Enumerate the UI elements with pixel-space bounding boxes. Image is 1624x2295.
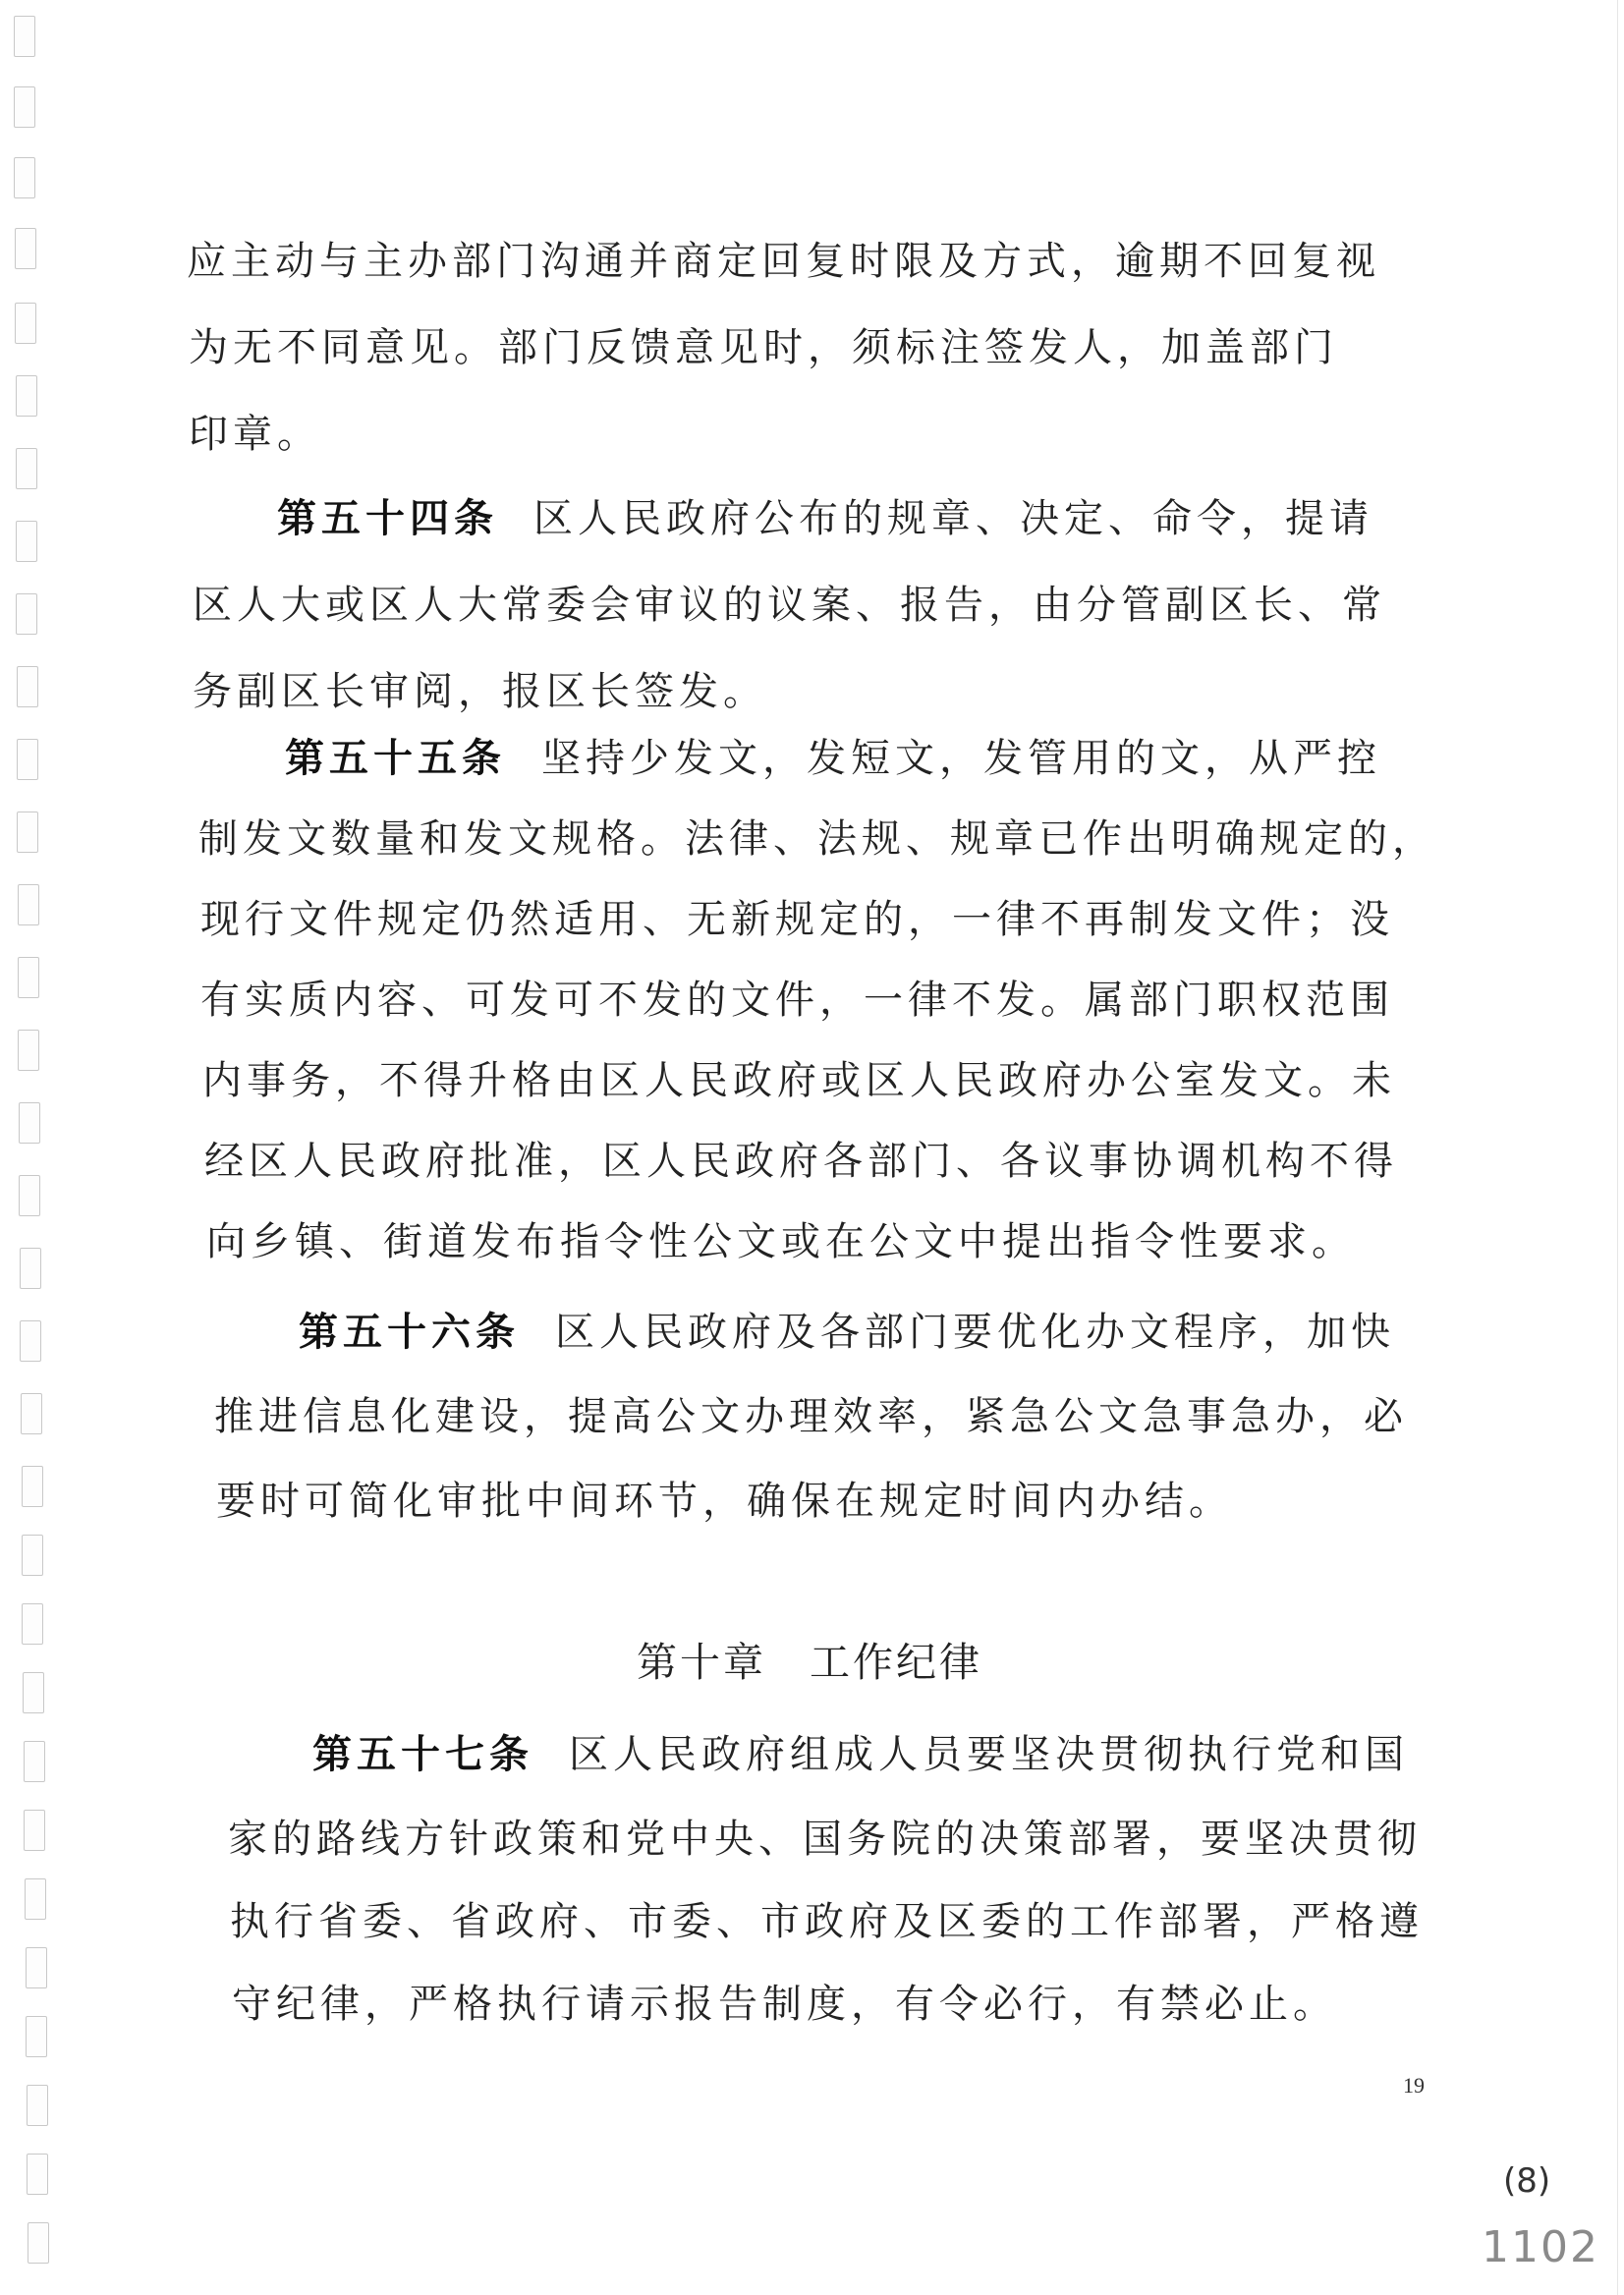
article-54-first-line: 第五十四条区人民政府公布的规章、决定、命令，提请: [277, 495, 1373, 542]
paragraph-line: 制发文数量和发文规格。法律、法规、规章已作出明确规定的，: [198, 815, 1436, 863]
paragraph-line: 推进信息化建设，提高公文办理效率，紧急公文急事急办，必: [214, 1393, 1408, 1440]
handwritten-note: 1102: [1482, 2222, 1599, 2272]
chapter-title: 第十章 工作纪律: [637, 1639, 982, 1686]
paragraph-line: 执行省委、省政府、市委、市政府及区委的工作部署，严格遵: [230, 1898, 1424, 1945]
paragraph-line: 向乡镇、街道发布指令性公文或在公文中提出指令性要求。: [206, 1218, 1356, 1265]
paragraph-line: 家的路线方针政策和党中央、国务院的决策部署，要坚决贯彻: [228, 1816, 1422, 1863]
paragraph-text: 区人民政府公布的规章、决定、命令，提请: [533, 496, 1373, 541]
paragraph-line: 内事务，不得升格由区人民政府或区人民政府办公室发文。未: [202, 1057, 1396, 1104]
paragraph-line: 区人大或区人大常委会审议的议案、报告，由分管副区长、常: [193, 582, 1386, 629]
article-56-first-line: 第五十六条区人民政府及各部门要优化办文程序，加快: [299, 1309, 1395, 1356]
paragraph-line: 现行文件规定仍然适用、无新规定的，一律不再制发文件；没: [200, 896, 1394, 943]
paragraph-line: 印章。: [189, 411, 321, 458]
paragraph-line: 守纪律，严格执行请示报告制度，有令必行，有禁必止。: [232, 1981, 1337, 2028]
article-number: 第五十六条: [299, 1309, 520, 1355]
paragraph-line: 经区人民政府批准，区人民政府各部门、各议事协调机构不得: [204, 1138, 1398, 1185]
article-number: 第五十四条: [277, 495, 498, 541]
paragraph-line: 务副区长审阅，报区长签发。: [193, 668, 767, 715]
paragraph-line: 应主动与主办部门沟通并商定回复时限及方式，逾期不回复视: [187, 238, 1380, 285]
page-number: 19: [1403, 2073, 1425, 2099]
paragraph-line: 要时可简化审批中间环节，确保在规定时间内办结。: [216, 1478, 1233, 1525]
paragraph-text: 坚持少发文，发短文，发管用的文，从严控: [541, 736, 1381, 781]
paragraph-line: 有实质内容、可发可不发的文件，一律不发。属部门职权范围: [200, 977, 1394, 1024]
handwritten-note: (8): [1503, 2161, 1550, 2201]
paragraph-text: 区人民政府组成人员要坚决贯彻执行党和国: [569, 1732, 1409, 1777]
article-55-first-line: 第五十五条坚持少发文，发短文，发管用的文，从严控: [285, 735, 1381, 782]
document-page: 应主动与主办部门沟通并商定回复时限及方式，逾期不回复视 为无不同意见。部门反馈意…: [0, 0, 1624, 2295]
article-number: 第五十七条: [312, 1731, 533, 1777]
article-number: 第五十五条: [285, 735, 506, 781]
paragraph-line: 为无不同意见。部门反馈意见时，须标注签发人，加盖部门: [189, 324, 1338, 371]
paragraph-text: 区人民政府及各部门要优化办文程序，加快: [555, 1310, 1395, 1355]
article-57-first-line: 第五十七条区人民政府组成人员要坚决贯彻执行党和国: [312, 1731, 1409, 1778]
